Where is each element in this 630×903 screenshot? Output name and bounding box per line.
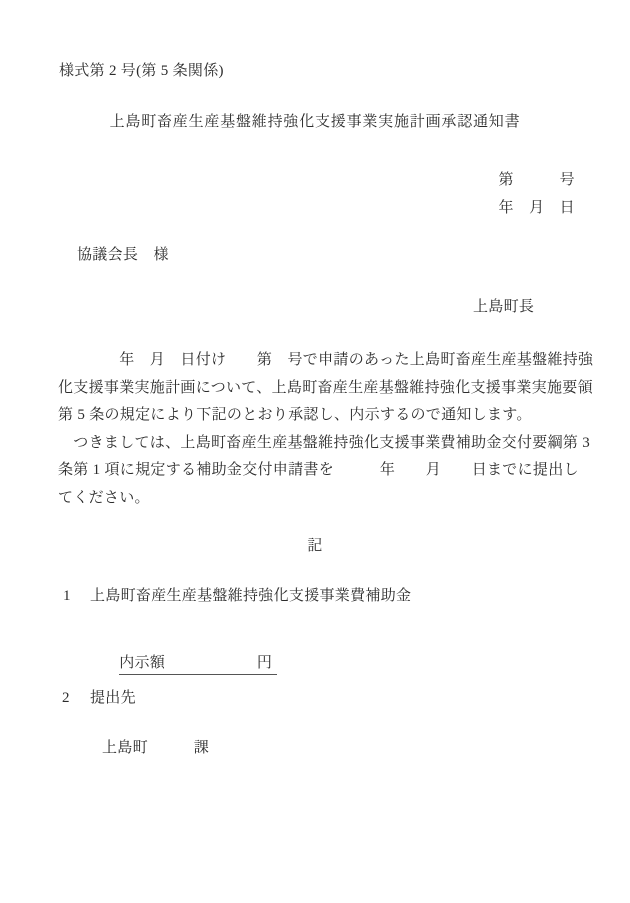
- amount-line: 内示額 円: [103, 638, 277, 689]
- amount-blank-underline: 内示額 円: [119, 655, 277, 675]
- item-1-label: 上島町畜産生産基盤維持強化支援事業費補助金: [90, 588, 411, 605]
- document-number-line: 第 号: [498, 172, 575, 189]
- addressee-line: 協議会長 様: [77, 247, 169, 264]
- ki-marker: 記: [0, 538, 630, 555]
- date-line: 年 月 日: [498, 200, 575, 217]
- body-paragraph-2-line-1: つきましては、上島町畜産生産基盤維持強化支援事業費補助金交付要綱第 3: [58, 430, 574, 458]
- body-paragraph-2-line-2: 条第 1 項に規定する補助金交付申請書を 年 月 日までに提出し: [58, 457, 574, 485]
- form-number: 様式第 2 号(第 5 条関係): [59, 63, 224, 80]
- document-page: 様式第 2 号(第 5 条関係) 上島町畜産生産基盤維持強化支援事業実施計画承認…: [0, 0, 630, 903]
- body-paragraph-1-line-2: 化支援事業実施計画について、上島町畜産生産基盤維持強化支援事業実施要領: [58, 375, 574, 403]
- body-paragraph-1-line-3: 第 5 条の規定により下記のとおり承認し、内示するので通知します。: [58, 402, 574, 430]
- submission-destination-line: 上島町 課: [102, 740, 209, 757]
- body-paragraph-2-line-3: てください。: [58, 485, 574, 513]
- item-2-label: 提出先: [90, 690, 136, 707]
- item-2-number: 2: [62, 690, 70, 707]
- item-1-number: 1: [63, 588, 71, 605]
- body-paragraphs: 年 月 日付け 第 号で申請のあった上島町畜産生産基盤維持強 化支援事業実施計画…: [58, 347, 574, 512]
- sender-line: 上島町長: [473, 299, 534, 316]
- body-paragraph-1-line-1: 年 月 日付け 第 号で申請のあった上島町畜産生産基盤維持強: [58, 347, 574, 375]
- document-title: 上島町畜産生産基盤維持強化支援事業実施計画承認通知書: [0, 114, 630, 131]
